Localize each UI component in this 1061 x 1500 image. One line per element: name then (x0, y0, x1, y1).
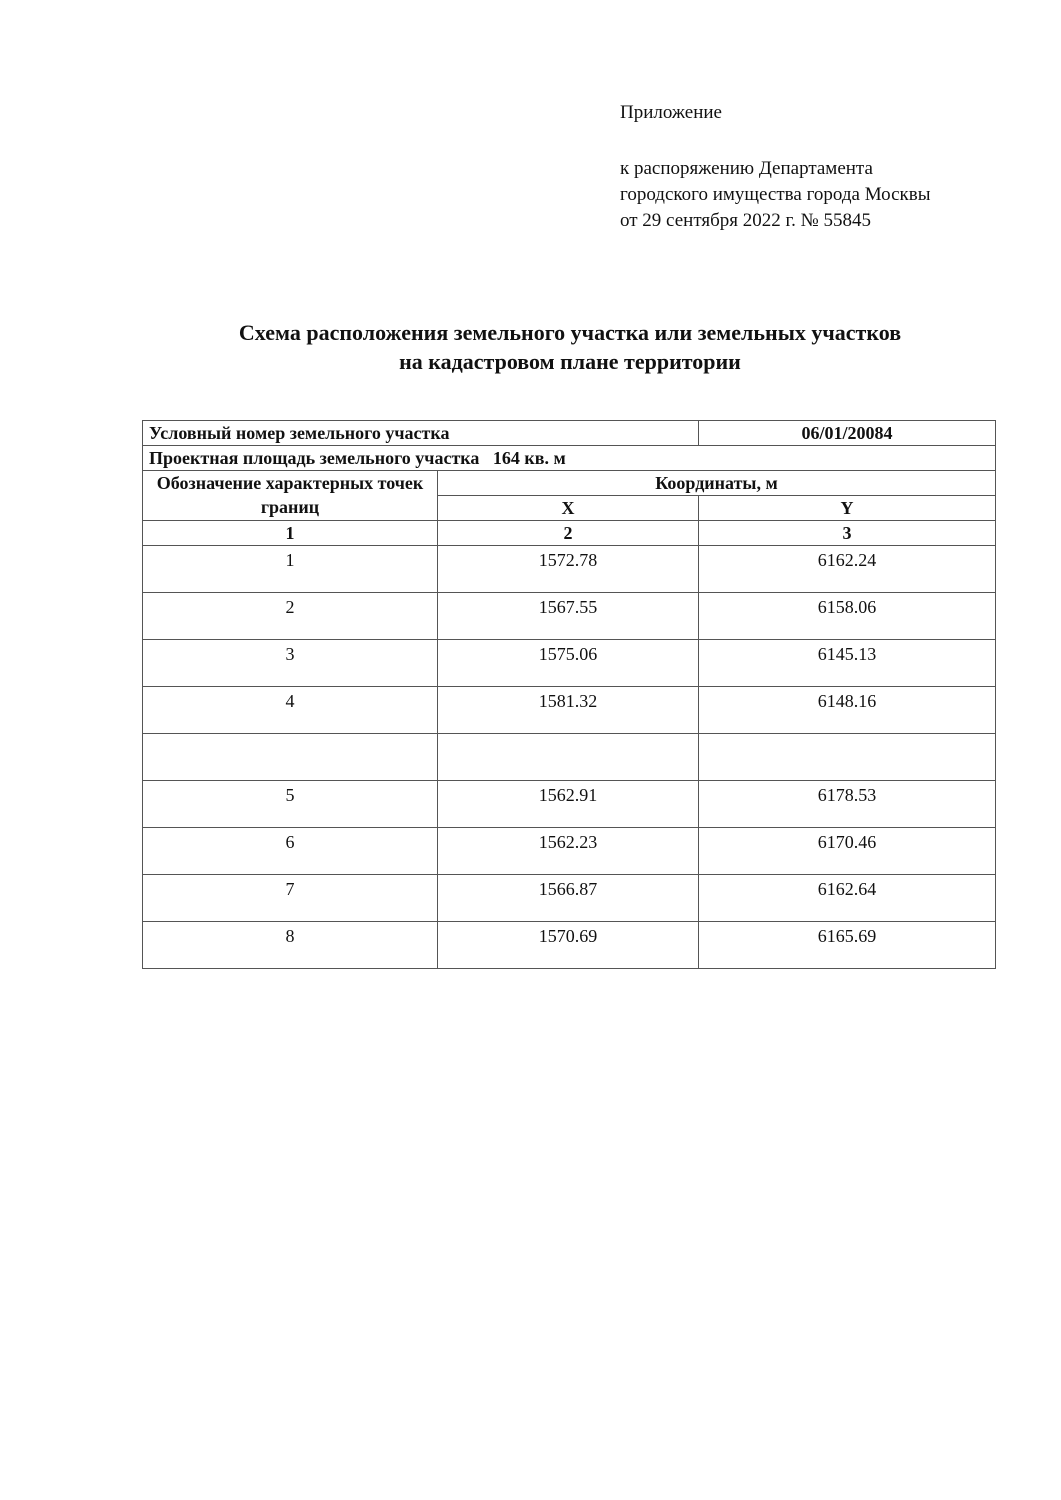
cell-x: 1572.78 (438, 546, 699, 593)
appendix-line: к распоряжению Департамента (620, 156, 931, 182)
document-title: Схема расположения земельного участка ил… (140, 318, 1000, 376)
points-header: Обозначение характерных точек границ (143, 471, 438, 521)
area-row: Проектная площадь земельного участка 164… (143, 446, 996, 471)
table-row: 81570.696165.69 (143, 922, 996, 969)
area-value: 164 кв. м (493, 448, 566, 468)
cell-x: 1562.91 (438, 781, 699, 828)
y-header: Y (699, 496, 996, 521)
column-number: 3 (699, 521, 996, 546)
cell-x: 1575.06 (438, 640, 699, 687)
area-label: Проектная площадь земельного участка (149, 448, 479, 468)
cell-x (438, 734, 699, 781)
cell-point: 7 (143, 875, 438, 922)
appendix-label: Приложение (620, 100, 931, 126)
area-cell: Проектная площадь земельного участка 164… (143, 446, 996, 471)
appendix-line: городского имущества города Москвы (620, 182, 931, 208)
coordinates-table: Условный номер земельного участка 06/01/… (142, 420, 996, 969)
plot-number-label: Условный номер земельного участка (143, 421, 699, 446)
cell-point: 5 (143, 781, 438, 828)
cell-x: 1570.69 (438, 922, 699, 969)
title-line-1: Схема расположения земельного участка ил… (140, 318, 1000, 347)
cell-point: 4 (143, 687, 438, 734)
cell-x: 1567.55 (438, 593, 699, 640)
x-header: X (438, 496, 699, 521)
appendix-header: Приложение к распоряжению Департамента г… (620, 100, 931, 234)
title-line-2: на кадастровом плане территории (140, 347, 1000, 376)
table-row: 31575.066145.13 (143, 640, 996, 687)
table-row: 41581.326148.16 (143, 687, 996, 734)
cell-x: 1581.32 (438, 687, 699, 734)
table-row (143, 734, 996, 781)
cell-point (143, 734, 438, 781)
cell-point: 1 (143, 546, 438, 593)
cell-point: 2 (143, 593, 438, 640)
plot-number-value: 06/01/20084 (699, 421, 996, 446)
table-row: 61562.236170.46 (143, 828, 996, 875)
table-row: 51562.916178.53 (143, 781, 996, 828)
table-row: 21567.556158.06 (143, 593, 996, 640)
column-number: 1 (143, 521, 438, 546)
column-number-row: 1 2 3 (143, 521, 996, 546)
cell-y: 6158.06 (699, 593, 996, 640)
cell-x: 1566.87 (438, 875, 699, 922)
coords-header: Координаты, м (438, 471, 996, 496)
cell-point: 8 (143, 922, 438, 969)
cell-point: 3 (143, 640, 438, 687)
table-row: 11572.786162.24 (143, 546, 996, 593)
cell-y: 6162.64 (699, 875, 996, 922)
table-row: 71566.876162.64 (143, 875, 996, 922)
cell-point: 6 (143, 828, 438, 875)
cell-y: 6178.53 (699, 781, 996, 828)
cell-y (699, 734, 996, 781)
column-number: 2 (438, 521, 699, 546)
cell-y: 6148.16 (699, 687, 996, 734)
cell-y: 6162.24 (699, 546, 996, 593)
cell-y: 6165.69 (699, 922, 996, 969)
cell-y: 6170.46 (699, 828, 996, 875)
cell-y: 6145.13 (699, 640, 996, 687)
appendix-line: от 29 сентября 2022 г. № 55845 (620, 208, 931, 234)
column-header-row: Обозначение характерных точек границ Коо… (143, 471, 996, 496)
plot-number-row: Условный номер земельного участка 06/01/… (143, 421, 996, 446)
cell-x: 1562.23 (438, 828, 699, 875)
